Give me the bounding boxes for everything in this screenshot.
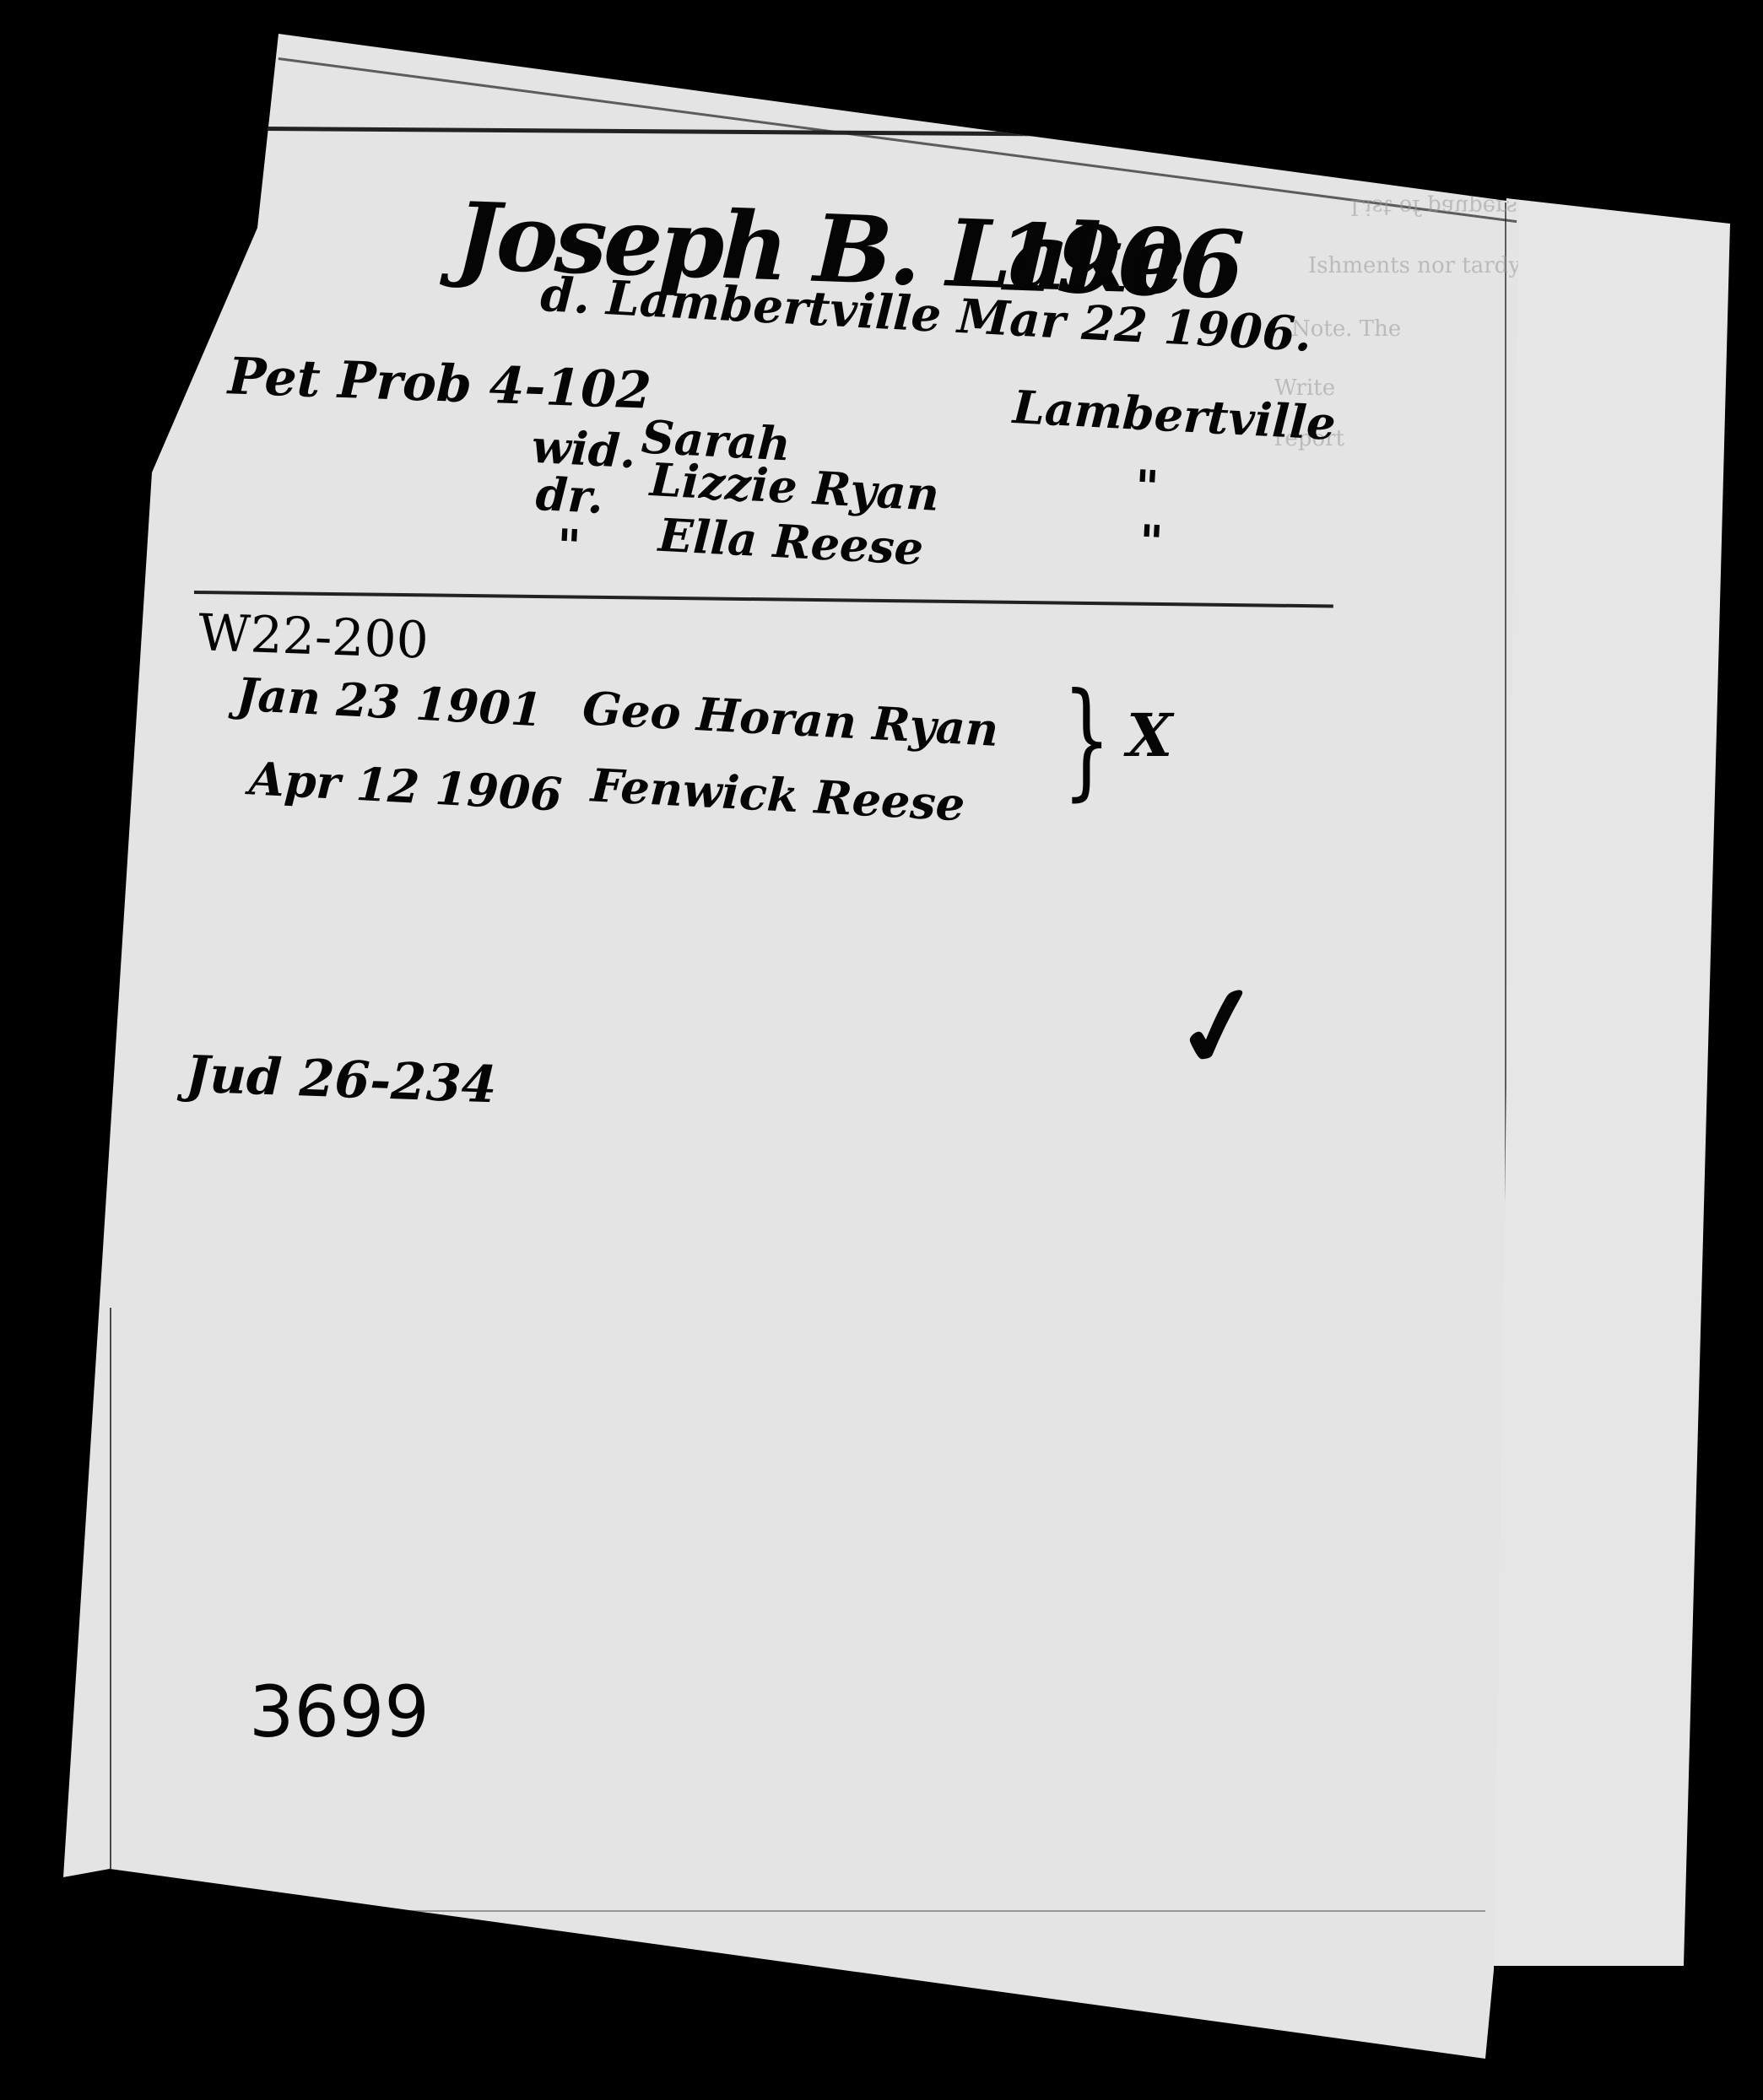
card-number: 3699 (249, 1671, 430, 1753)
bottom-rule (135, 1910, 1485, 1912)
deed-date: Apr 12 1906 (248, 751, 564, 821)
header-rule (266, 127, 1532, 139)
judgment-reference: Jud 26-234 (185, 1045, 498, 1115)
bleed-text-1: List of paupers (1350, 194, 1517, 219)
heir-residence: " (1138, 514, 1164, 569)
heir-relation: dr. (534, 467, 604, 524)
probate-reference: Pet Prob 4-102 (227, 347, 652, 420)
section-divider (194, 591, 1333, 607)
deed-party: Fenwick Reese (590, 758, 966, 831)
deed-date: Jan 23 1901 (235, 667, 544, 737)
check-mark-icon: ✓ (1163, 955, 1276, 1099)
x-mark: X (1127, 700, 1172, 770)
bleed-text-2: Ishments nor tardy (1308, 253, 1521, 278)
heir-relation: " (555, 518, 581, 573)
left-margin-line (110, 1308, 111, 1890)
deed-party: Geo Horan Ryan (581, 681, 1000, 757)
deed-reference: W22-200 (197, 603, 430, 670)
heir-residence: " (1133, 459, 1160, 514)
deed-brace: } (1063, 667, 1111, 813)
